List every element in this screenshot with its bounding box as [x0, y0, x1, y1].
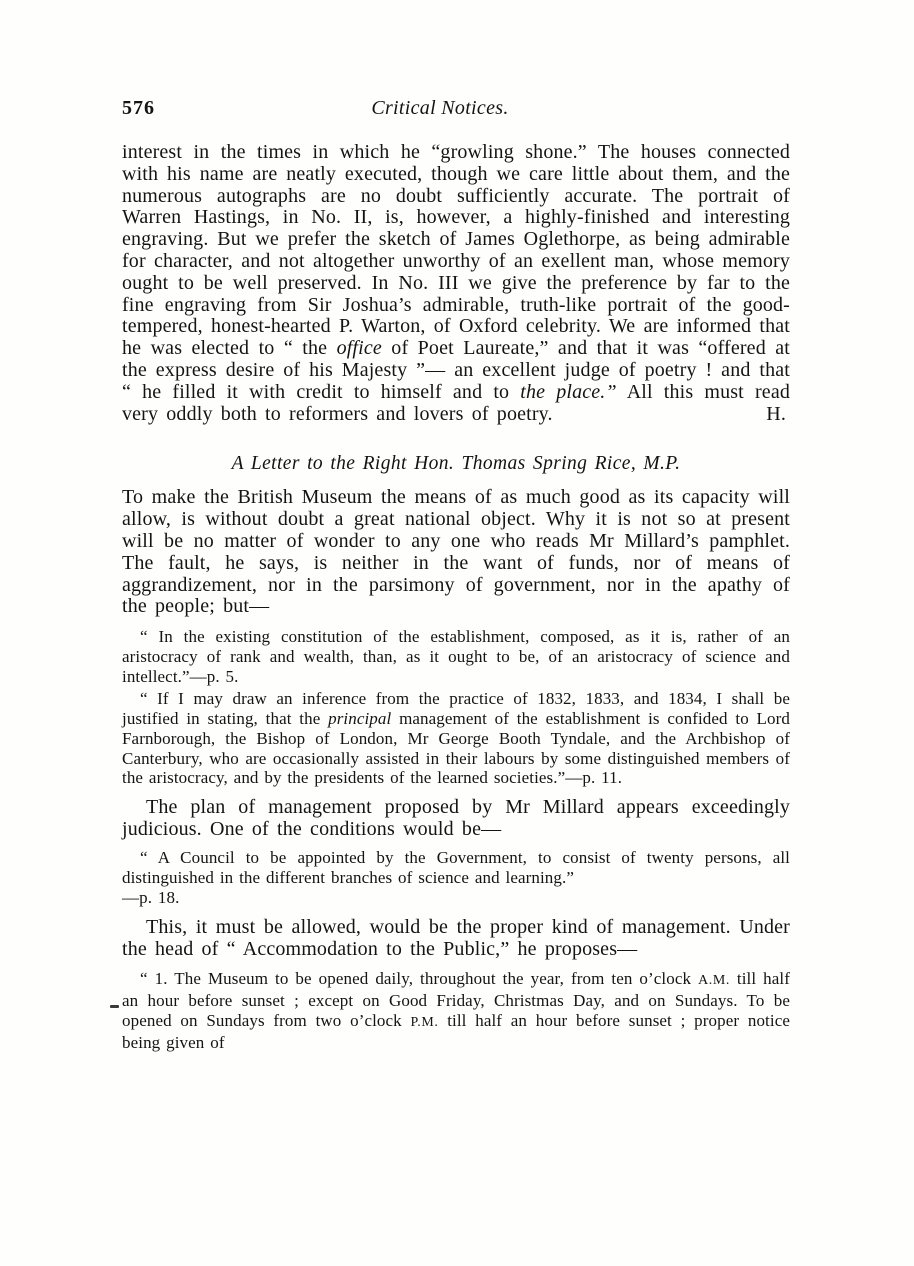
quote-council-appointed: “ A Council to be appointed by the Gover…	[122, 848, 790, 908]
scan-artifact-dash	[110, 1005, 119, 1008]
article-heading: A Letter to the Right Hon. Thomas Spring…	[122, 453, 790, 475]
scanned-book-page: 576 Critical Notices. interest in the ti…	[0, 0, 914, 1266]
paragraph-text: interest in the times in which he “growl…	[122, 141, 790, 425]
quote-existing-constitution: “ In the existing constitution of the es…	[122, 627, 790, 687]
page-body: interest in the times in which he “growl…	[122, 142, 790, 1053]
page-header: 576 Critical Notices.	[122, 97, 790, 123]
running-title: Critical Notices.	[122, 97, 758, 120]
paragraph-plan-of-management: The plan of management proposed by Mr Mi…	[122, 797, 790, 841]
paragraph-critical-notice-continuation: interest in the times in which he “growl…	[122, 142, 790, 425]
paragraph-proper-management: This, it must be allowed, would be the p…	[122, 917, 790, 961]
author-initial: H.	[766, 404, 786, 426]
quote-principal-management: “ If I may draw an inference from the pr…	[122, 689, 790, 789]
quote-museum-opening-hours: “ 1. The Museum to be opened daily, thro…	[122, 969, 790, 1053]
paragraph-british-museum: To make the British Museum the means of …	[122, 487, 790, 618]
